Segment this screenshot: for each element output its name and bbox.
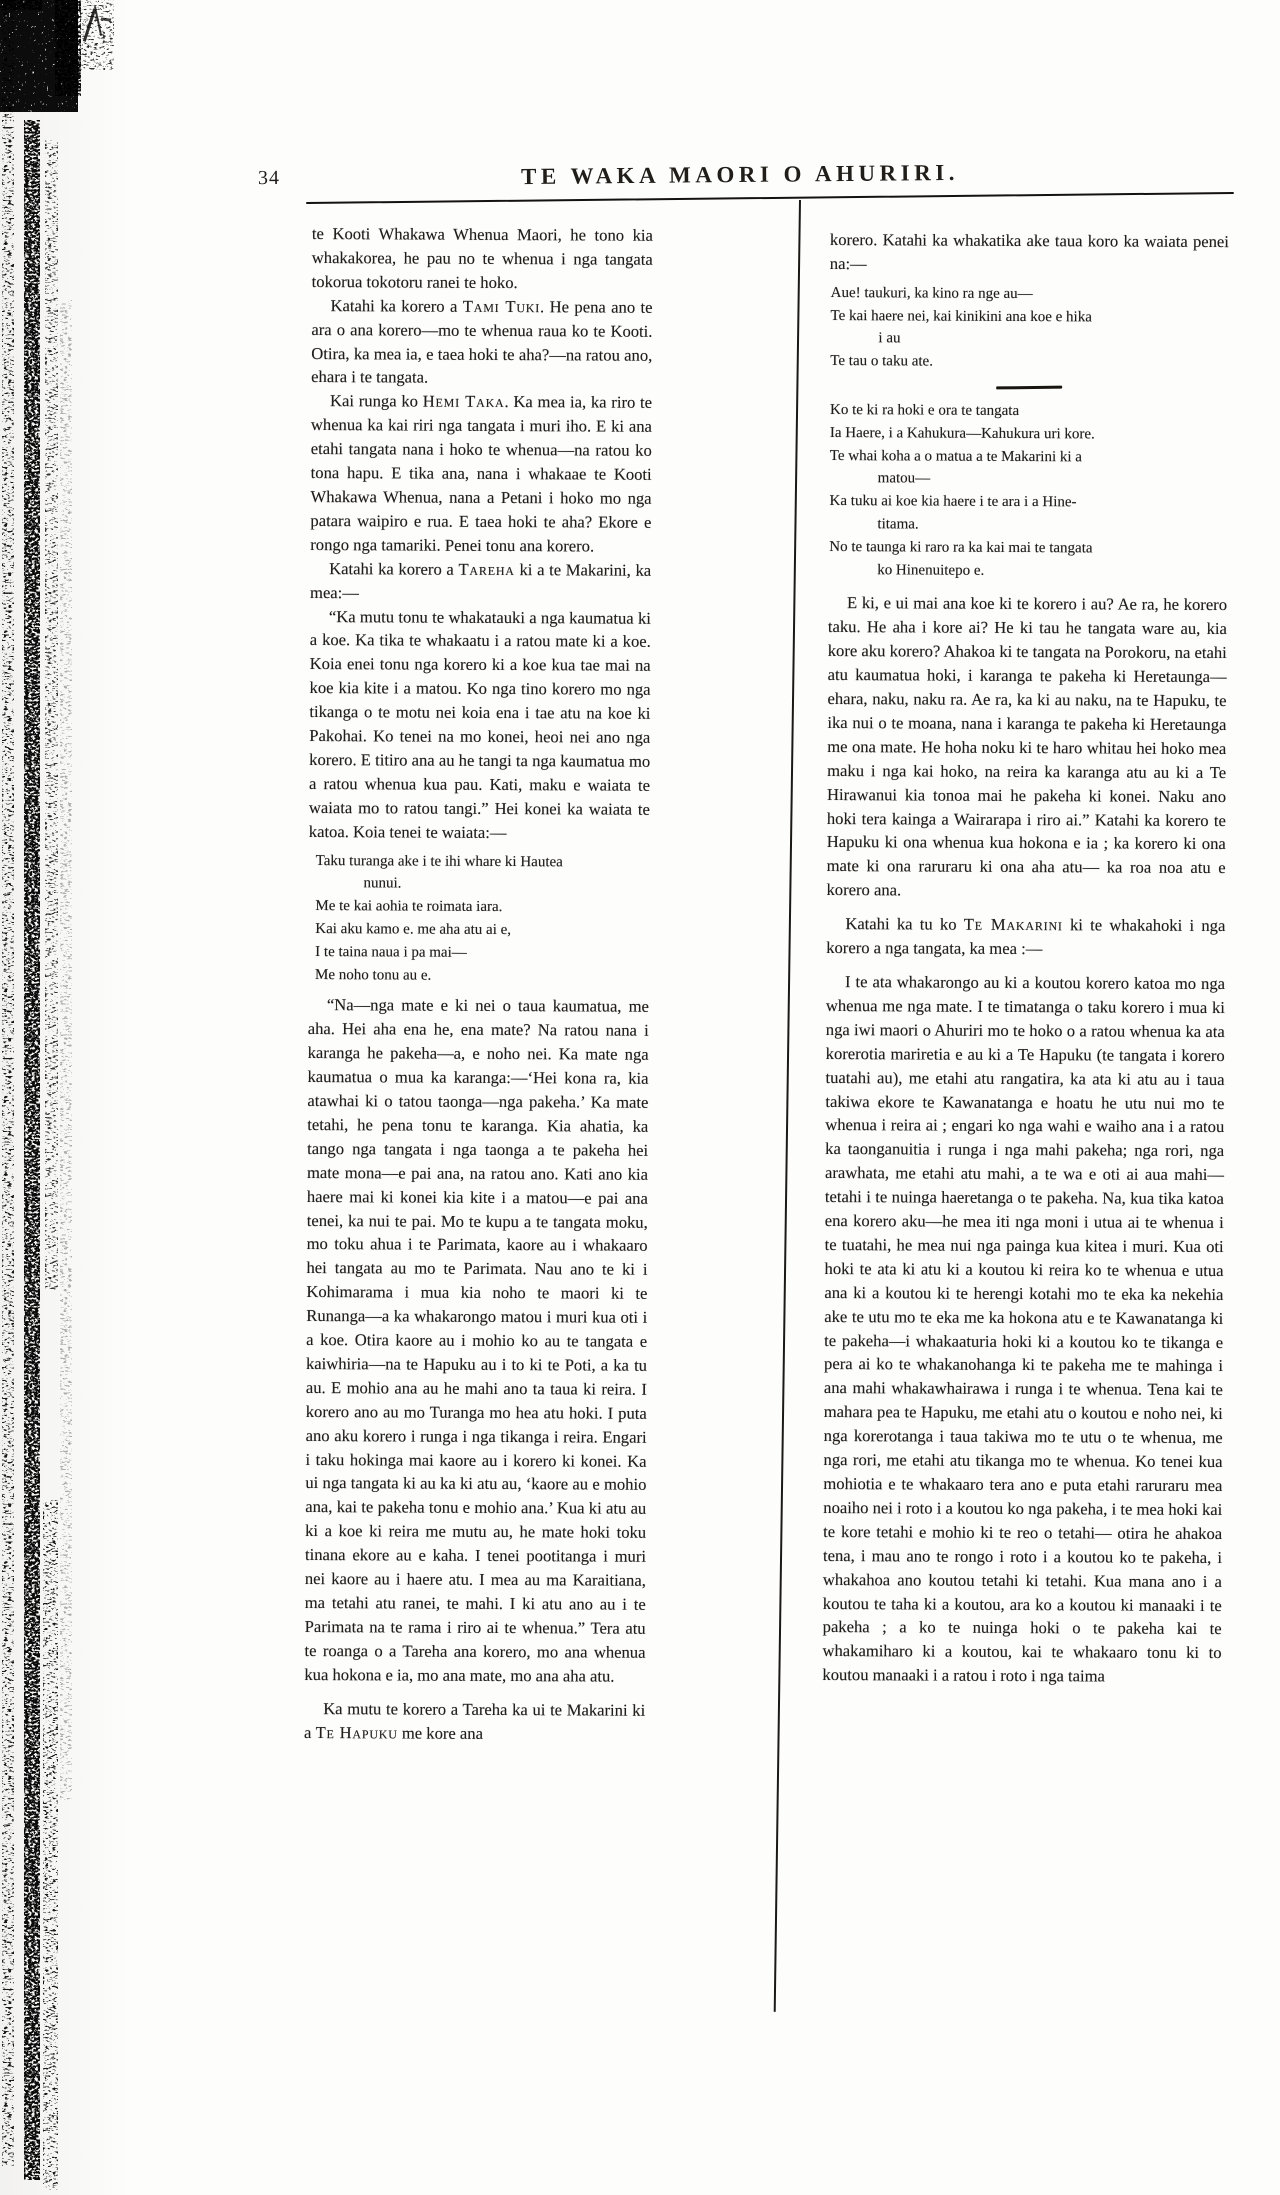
page-number: 34 [258, 167, 280, 190]
waiata-verse: Taku turanga ake i te ihi whare ki Haute… [315, 850, 650, 989]
verse-line: ko Hinenuitepo e. [829, 559, 1227, 584]
header-rule [306, 192, 1234, 204]
paragraph: Katahi ka korero a Tareha ki a te Makari… [310, 557, 651, 607]
paragraph: Katahi ka tu ko Te Makarini ki te whakah… [826, 912, 1225, 962]
verse-line: No te taunga ki raro ra ka kai mai te ta… [829, 536, 1227, 561]
paragraph: te Kooti Whakawa Whenua Maori, he tono k… [312, 222, 653, 296]
newspaper-page: 34 TE WAKA MAORI O AHURIRI. te Kooti Wha… [0, 0, 1280, 2195]
verse-line: Te tau o taku ate. [830, 350, 1228, 375]
paragraph-text: Katahi ka tu ko [845, 914, 964, 934]
text-column-right: korero. Katahi ka whakatika ake taua kor… [822, 228, 1229, 1689]
verse-line: Me noho tonu au e. [315, 964, 649, 989]
verse-line: Me te kai aohia te roimata iara. [315, 895, 649, 920]
paragraph: “Ka mutu tonu te whakatauki a nga kaumat… [309, 604, 651, 845]
paragraph-text: Katahi ka korero a [331, 296, 463, 316]
verse-line: Ia Haere, i a Kahukura—Kahukura uri kore… [830, 422, 1228, 447]
paragraph-text: . Ka mea ia, ka riro te whenua ka kai ri… [310, 392, 652, 555]
paragraph-text: Katahi ka korero a [329, 559, 458, 579]
verse-line: titama. [829, 513, 1227, 538]
verse-line: i au [830, 327, 1228, 352]
verse-line: Aue! taukuri, ka kino ra nge au— [831, 282, 1229, 307]
paragraph-text: Kai runga ko [330, 391, 423, 410]
paragraph: Ka mutu te korero a Tareha ka ui te Maka… [304, 1697, 645, 1747]
paragraph-text: me kore ana [398, 1723, 483, 1742]
paragraph: E ki, e ui mai ana koe ki te korero i au… [826, 591, 1227, 904]
verse-line: Te whai koha a o matua a te Makarini ki … [830, 445, 1228, 470]
verse-line: matou— [830, 467, 1228, 492]
paragraph: Katahi ka korero a Tami Tuki. He pena an… [311, 294, 652, 391]
verse-separator-rule [996, 386, 1062, 390]
column-divider [774, 200, 801, 2012]
speaker-name: Te Makarini [964, 915, 1063, 935]
verse-line: Ka tuku ai koe kia haere i te ara i a Hi… [830, 490, 1228, 515]
paragraph: I te ata whakarongo au ki a koutou korer… [822, 970, 1225, 1689]
scan-gutter-noise [0, 0, 140, 2195]
text-column-left: te Kooti Whakawa Whenua Maori, he tono k… [304, 222, 653, 1746]
paragraph: “Na—nga mate e ki nei o taua kaumatua, m… [304, 993, 649, 1688]
speaker-name: Tareha [458, 559, 514, 578]
paragraph: Kai runga ko Hemi Taka. Ka mea ia, ka ri… [310, 389, 652, 558]
paragraph: korero. Katahi ka whakatika ake taua kor… [830, 228, 1229, 278]
speaker-name: Te Hapuku [316, 1723, 398, 1742]
waiata-verse: Ko te ki ra hoki e ora te tangataIa Haer… [829, 399, 1228, 583]
newspaper-title: TE WAKA MAORI O AHURIRI. [280, 158, 1200, 193]
speaker-name: Hemi Taka [423, 392, 505, 411]
verse-line: Te kai haere nei, kai kinikini ana koe e… [830, 305, 1228, 330]
verse-line: nunui. [315, 872, 649, 897]
speaker-name: Tami Tuki [463, 297, 540, 316]
verse-line: Kai aku kamo e. me aha atu ai e, [315, 918, 649, 943]
verse-line: Taku turanga ake i te ihi whare ki Haute… [316, 850, 650, 875]
waiata-verse: Aue! taukuri, ka kino ra nge au—Te kai h… [830, 282, 1228, 375]
verse-line: Ko te ki ra hoki e ora te tangata [830, 399, 1228, 424]
verse-line: I te taina naua i pa mai— [315, 941, 649, 966]
